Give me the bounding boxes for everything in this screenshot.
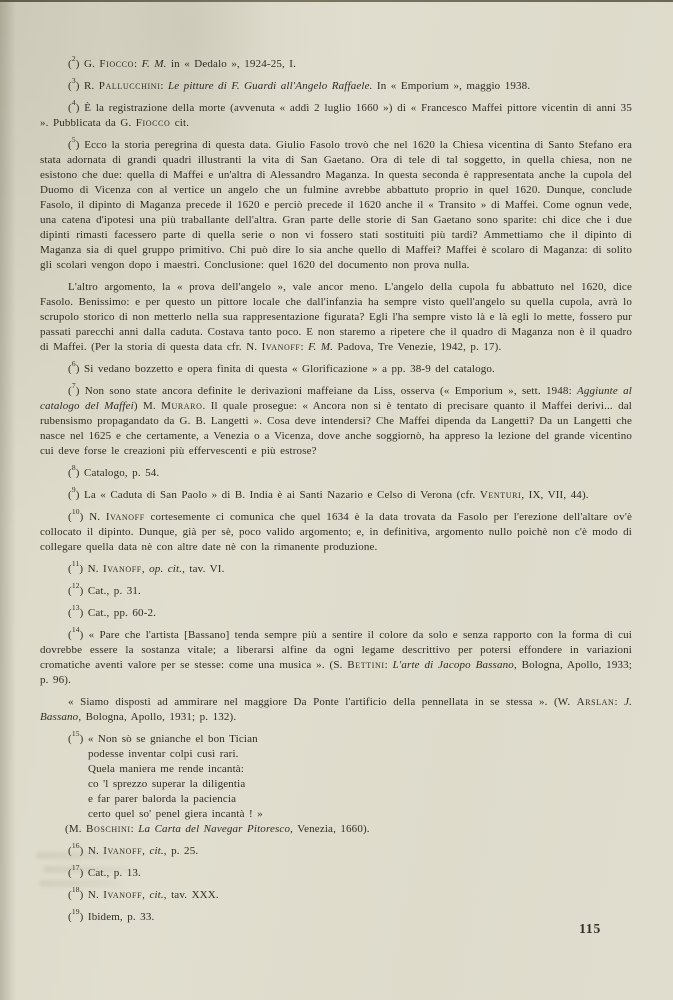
- footnote-text: N.: [88, 845, 103, 857]
- footnote-10: (10) N. Ivanoff cortesemente ci comunica…: [40, 510, 632, 555]
- footnotes: (2) G. Fiocco: F. M. in « Dedalo », 1924…: [40, 57, 632, 932]
- footnote-text: , tav. VI.: [182, 563, 224, 575]
- footnote-text: In « Emporium », maggio 1938.: [373, 80, 531, 92]
- page-number: 115: [579, 921, 601, 937]
- footnote-17: (17) Cat., p. 13.: [40, 866, 632, 881]
- footnote-text: « Siamo disposti ad ammirare nel maggior…: [68, 696, 577, 708]
- work-title: F. M.: [142, 58, 167, 70]
- work-title: L'arte di Jacopo Bassano: [393, 659, 514, 671]
- footnote-text: Ibidem, p. 33.: [88, 911, 155, 923]
- footnote-15-p7: (M. Boschini: La Carta del Navegar Pitor…: [40, 822, 632, 837]
- footnote-text: , tav. XXX.: [164, 889, 219, 901]
- footnote-19: (19) Ibidem, p. 33.: [40, 910, 632, 925]
- footnote-11: (11) N. Ivanoff, op. cit., tav. VI.: [40, 562, 632, 577]
- work-title: Le pitture di F. Guardi all'Angelo Raffa…: [168, 80, 373, 92]
- footnote-text: R.: [84, 80, 99, 92]
- work-title: La Carta del Navegar Pitoresco: [138, 823, 290, 835]
- footnote-4: (4) È la registrazione della morte (avve…: [40, 101, 632, 131]
- footnote-15-p4: co 'l sprezzo superar la diligentia: [40, 777, 632, 792]
- footnote-14-p1: (14) « Pare che l'artista [Bassano] tend…: [40, 628, 632, 688]
- work-title: cit.: [149, 889, 163, 901]
- author-name: Venturi: [480, 489, 521, 501]
- footnote-3: (3) R. Pallucchini: Le pitture di F. Gua…: [40, 79, 632, 94]
- footnote-number: (17): [68, 867, 83, 879]
- footnote-text: co 'l sprezzo superar la diligentia: [88, 778, 245, 790]
- footnote-14-p2: « Siamo disposti ad ammirare nel maggior…: [40, 695, 632, 725]
- footnote-text: Ecco la storia peregrina di questa data.…: [40, 139, 632, 271]
- footnote-number: (2): [68, 58, 80, 70]
- author-name: Muraro: [161, 400, 202, 412]
- footnote-5-p1: (5) Ecco la storia peregrina di questa d…: [40, 138, 632, 273]
- author-name: Boschini: [86, 823, 131, 835]
- footnote-18: (18) N. Ivanoff, cit., tav. XXX.: [40, 888, 632, 903]
- author-name: Ivanoff: [106, 511, 145, 523]
- footnote-text: N.: [88, 563, 103, 575]
- footnote-text: « Non sò se gnianche el bon Tician: [88, 733, 258, 745]
- footnote-text: :: [134, 58, 142, 70]
- footnote-text: (M.: [65, 823, 86, 835]
- footnote-15-p2: podesse inventar colpi cusì rari.: [40, 747, 632, 762]
- scan-top-edge: [0, 0, 673, 2]
- footnote-text: :: [614, 696, 624, 708]
- footnote-15-p1: (15) « Non sò se gnianche el bon Tician: [40, 732, 632, 747]
- footnote-9: (9) La « Caduta di San Paolo » di B. Ind…: [40, 488, 632, 503]
- author-name: Ivanoff: [103, 845, 142, 857]
- footnote-number: (7): [68, 385, 80, 397]
- footnote-2: (2) G. Fiocco: F. M. in « Dedalo », 1924…: [40, 57, 632, 72]
- footnote-text: :: [385, 659, 393, 671]
- footnote-text: G.: [84, 58, 99, 70]
- work-title: op. cit.: [149, 563, 182, 575]
- footnote-13: (13) Cat., pp. 60-2.: [40, 606, 632, 621]
- footnote-number: (6): [68, 363, 80, 375]
- footnote-number: (5): [68, 139, 80, 151]
- footnote-15-p3: Quela maniera me rende incantà:: [40, 762, 632, 777]
- footnote-text: , p. 25.: [164, 845, 198, 857]
- footnote-text: ) M.: [134, 400, 161, 412]
- footnote-text: certo quel so' penel giera incantà ! »: [88, 808, 263, 820]
- footnote-text: N.: [88, 889, 103, 901]
- footnote-text: :: [160, 80, 168, 92]
- work-title: cit.: [149, 845, 163, 857]
- footnote-number: (13): [68, 607, 83, 619]
- footnote-7: (7) Non sono state ancora definite le de…: [40, 384, 632, 459]
- footnote-text: e far parer balorda la paciencia: [88, 793, 236, 805]
- author-name: Ivanoff: [103, 563, 142, 575]
- work-title: F. M.: [308, 341, 333, 353]
- footnote-text: in « Dedalo », 1924-25, I.: [167, 58, 296, 70]
- author-name: Arslan: [577, 696, 615, 708]
- footnote-text: Non sono state ancora definite le deriva…: [85, 385, 577, 397]
- footnote-text: Padova, Tre Venezie, 1942, p. 17).: [333, 341, 501, 353]
- footnote-12: (12) Cat., p. 31.: [40, 584, 632, 599]
- scan-left-edge-shadow: [0, 0, 16, 1000]
- footnote-text: Cat., p. 31.: [88, 585, 141, 597]
- footnote-number: (15): [68, 733, 83, 745]
- footnote-15-p6: certo quel so' penel giera incantà ! »: [40, 807, 632, 822]
- footnote-text: È la registrazione della morte (avvenuta…: [40, 102, 632, 129]
- footnote-text: N.: [89, 511, 106, 523]
- author-name: Ivanoff: [262, 341, 301, 353]
- author-name: Bettini: [347, 659, 384, 671]
- footnote-number: (11): [68, 563, 83, 575]
- footnote-number: (16): [68, 845, 83, 857]
- footnote-text: cit.: [170, 117, 189, 129]
- footnote-number: (14): [68, 629, 83, 641]
- scanned-book-page: (2) G. Fiocco: F. M. in « Dedalo », 1924…: [0, 0, 673, 1000]
- footnote-text: , Venezia, 1660).: [290, 823, 370, 835]
- footnote-text: Si vedano bozzetto e opera finita di que…: [84, 363, 495, 375]
- footnote-number: (3): [68, 80, 80, 92]
- footnote-number: (8): [68, 467, 80, 479]
- footnote-number: (12): [68, 585, 83, 597]
- footnote-text: podesse inventar colpi cusì rari.: [88, 748, 239, 760]
- footnote-text: Cat., p. 13.: [88, 867, 141, 879]
- footnote-6: (6) Si vedano bozzetto e opera finita di…: [40, 362, 632, 377]
- footnote-number: (19): [68, 911, 83, 923]
- footnote-number: (10): [68, 511, 83, 523]
- footnote-text: Catalogo, p. 54.: [84, 467, 159, 479]
- footnote-number: (4): [68, 102, 80, 114]
- footnote-5-p2: L'altro argomento, la « prova dell'angel…: [40, 280, 632, 355]
- author-name: Fiocco: [99, 58, 134, 70]
- footnote-text: :: [300, 341, 308, 353]
- author-name: Pallucchini: [99, 80, 161, 92]
- footnote-text: , IX, VII, 44).: [521, 489, 588, 501]
- footnote-8: (8) Catalogo, p. 54.: [40, 466, 632, 481]
- footnote-16: (16) N. Ivanoff, cit., p. 25.: [40, 844, 632, 859]
- author-name: Ivanoff: [103, 889, 142, 901]
- footnote-text: Cat., pp. 60-2.: [88, 607, 156, 619]
- footnote-text: Quela maniera me rende incantà:: [88, 763, 244, 775]
- author-name: Fiocco: [136, 117, 171, 129]
- footnote-number: (9): [68, 489, 80, 501]
- footnote-text: La « Caduta di San Paolo » di B. India è…: [84, 489, 480, 501]
- footnote-text: , Bologna, Apollo, 1931; p. 132).: [78, 711, 236, 723]
- footnote-15-p5: e far parer balorda la paciencia: [40, 792, 632, 807]
- footnote-number: (18): [68, 889, 83, 901]
